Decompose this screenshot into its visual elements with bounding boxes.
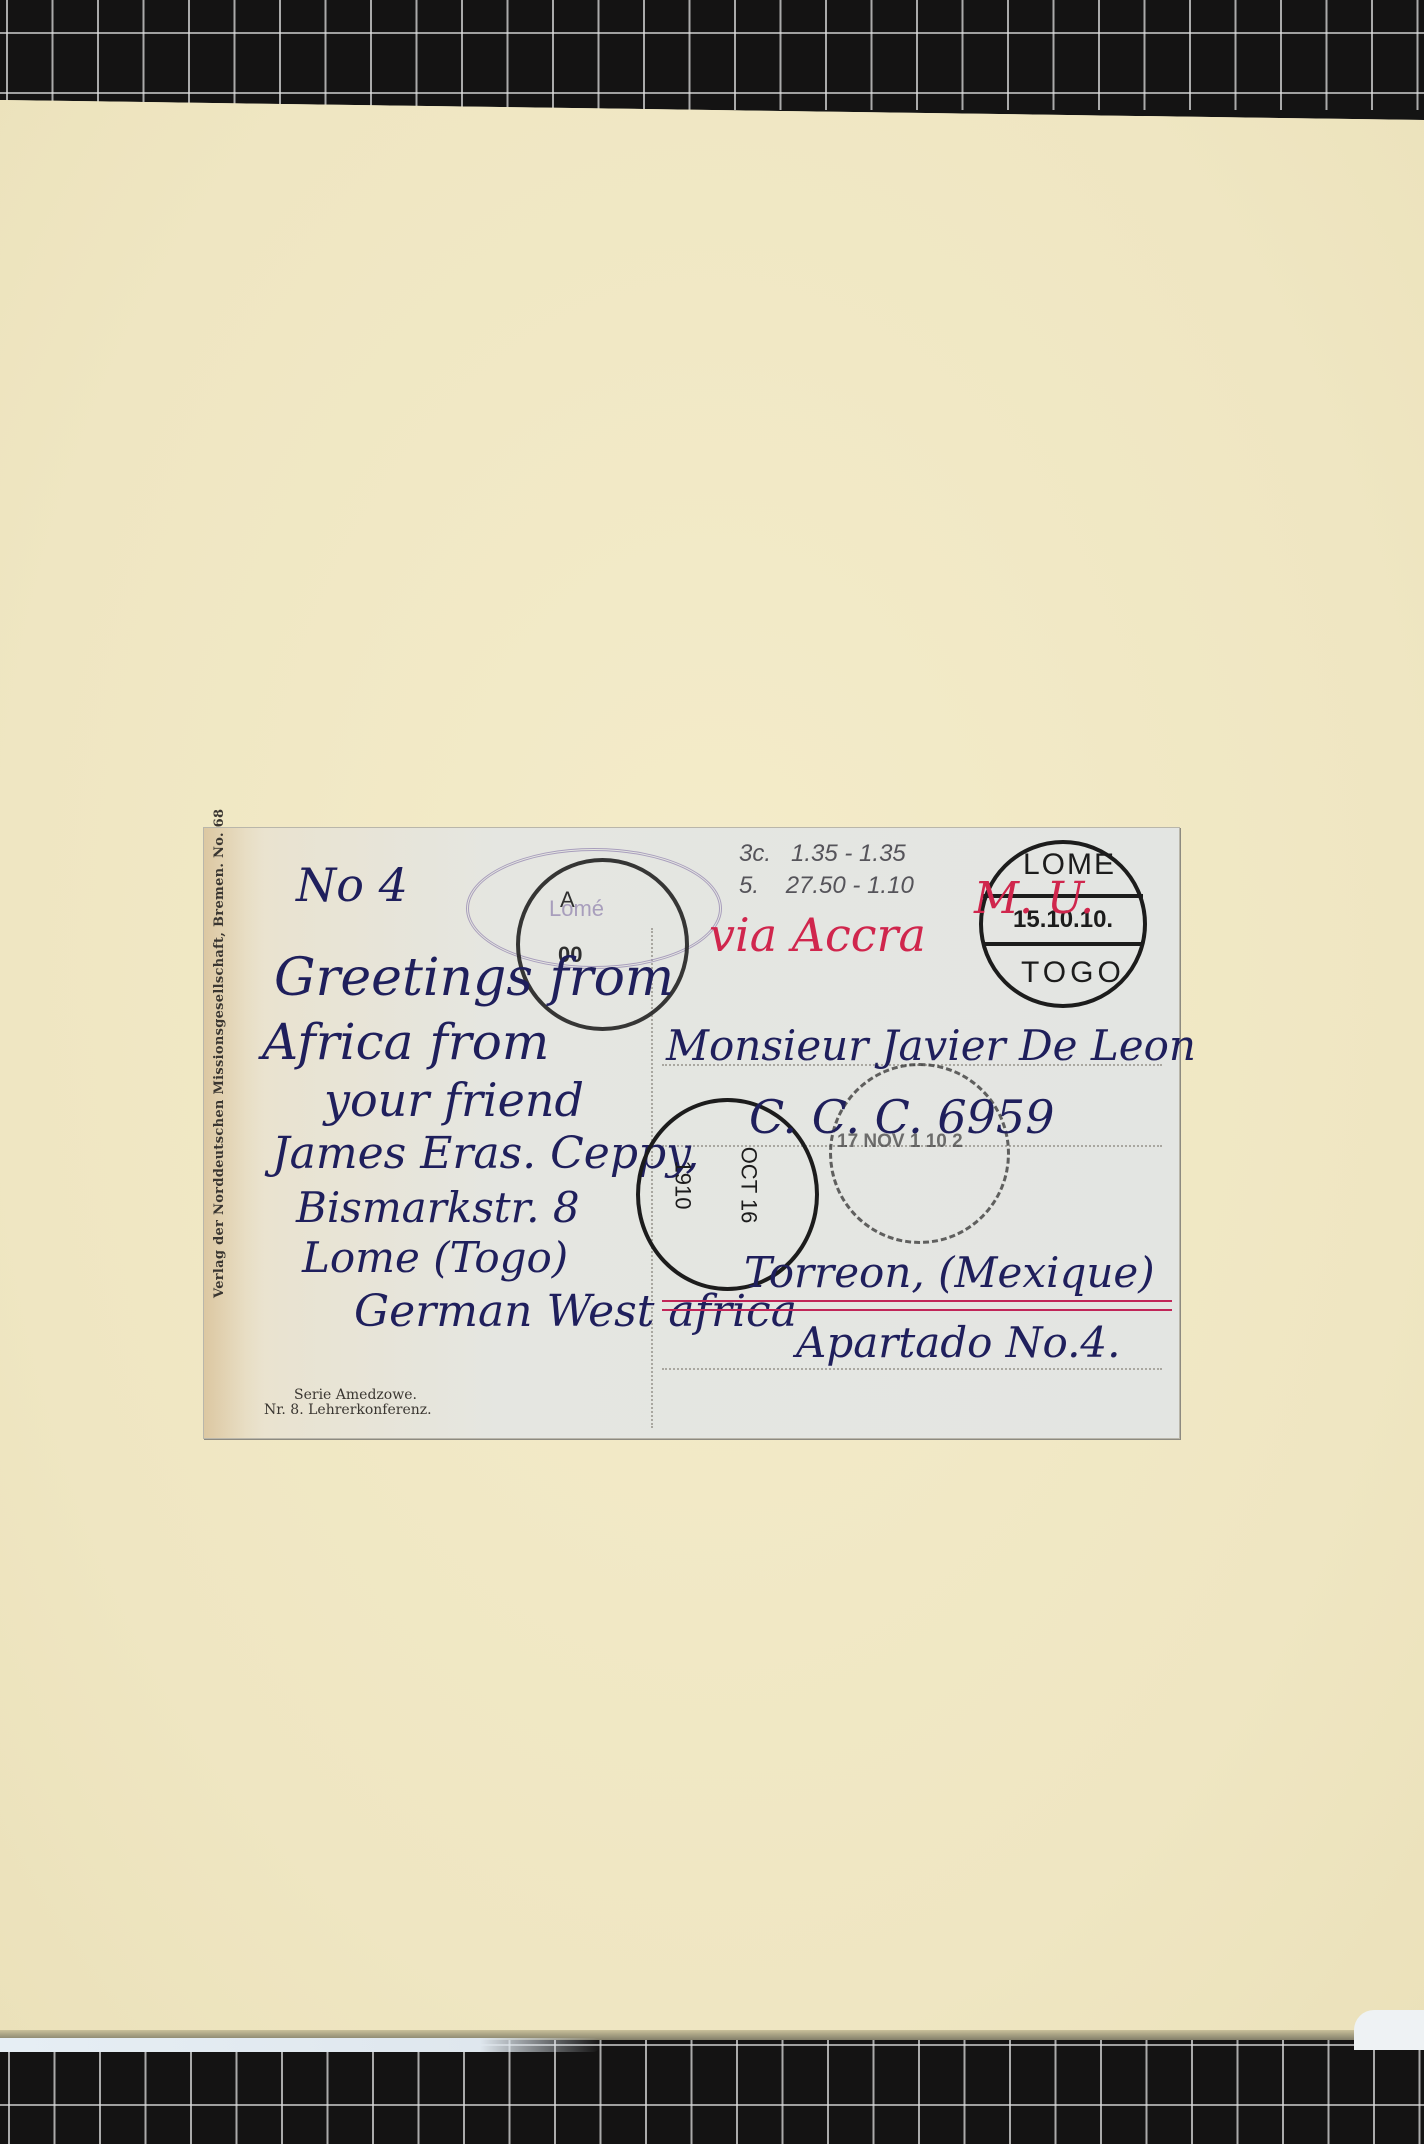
publisher-imprint: Verlag der Norddeutschen Missionsgesells… xyxy=(212,818,227,1298)
cutting-mat-top xyxy=(0,0,1424,110)
pencil-note: 3c. 1.35 - 1.35 xyxy=(739,840,906,868)
postcard: Verlag der Norddeutschen Missionsgesells… xyxy=(203,827,1180,1439)
message-line: Africa from xyxy=(262,1013,549,1071)
address-line-4: Apartado No.4. xyxy=(796,1318,1121,1367)
address-line xyxy=(662,1368,1162,1370)
message-line: James Eras. Ceppy, xyxy=(272,1128,699,1179)
routing-instruction: via Accra xyxy=(709,908,926,962)
plastic-sleeve-glare-right xyxy=(1354,2010,1424,2050)
message-line: your friend xyxy=(324,1073,584,1127)
postmark-lome: LOME 15.10.10. TOGO xyxy=(979,840,1147,1008)
plastic-sleeve-glare xyxy=(0,2038,600,2052)
pencil-note: 5. 27.50 - 1.10 xyxy=(739,872,914,900)
red-underline xyxy=(662,1300,1172,1311)
address-line-3: Torreon, (Mexique) xyxy=(744,1248,1155,1297)
address-line-2: C. C. C. 6959 xyxy=(749,1090,1054,1144)
serie-caption: Serie Amedzowe. Nr. 8. Lehrerkonferenz. xyxy=(264,1388,432,1418)
message-line: German West africa xyxy=(354,1286,797,1337)
address-line-1: Monsieur Javier De Leon xyxy=(666,1021,1196,1070)
postmark-bar xyxy=(983,942,1143,946)
message-line: Greetings from xyxy=(274,948,674,1008)
message-line: Lome (Togo) xyxy=(302,1233,568,1282)
card-number: No 4 xyxy=(296,858,408,912)
message-line: Bismarkstr. 8 xyxy=(296,1183,580,1232)
red-initials: M. U. xyxy=(974,873,1094,924)
cutting-mat-bottom xyxy=(0,2040,1424,2144)
